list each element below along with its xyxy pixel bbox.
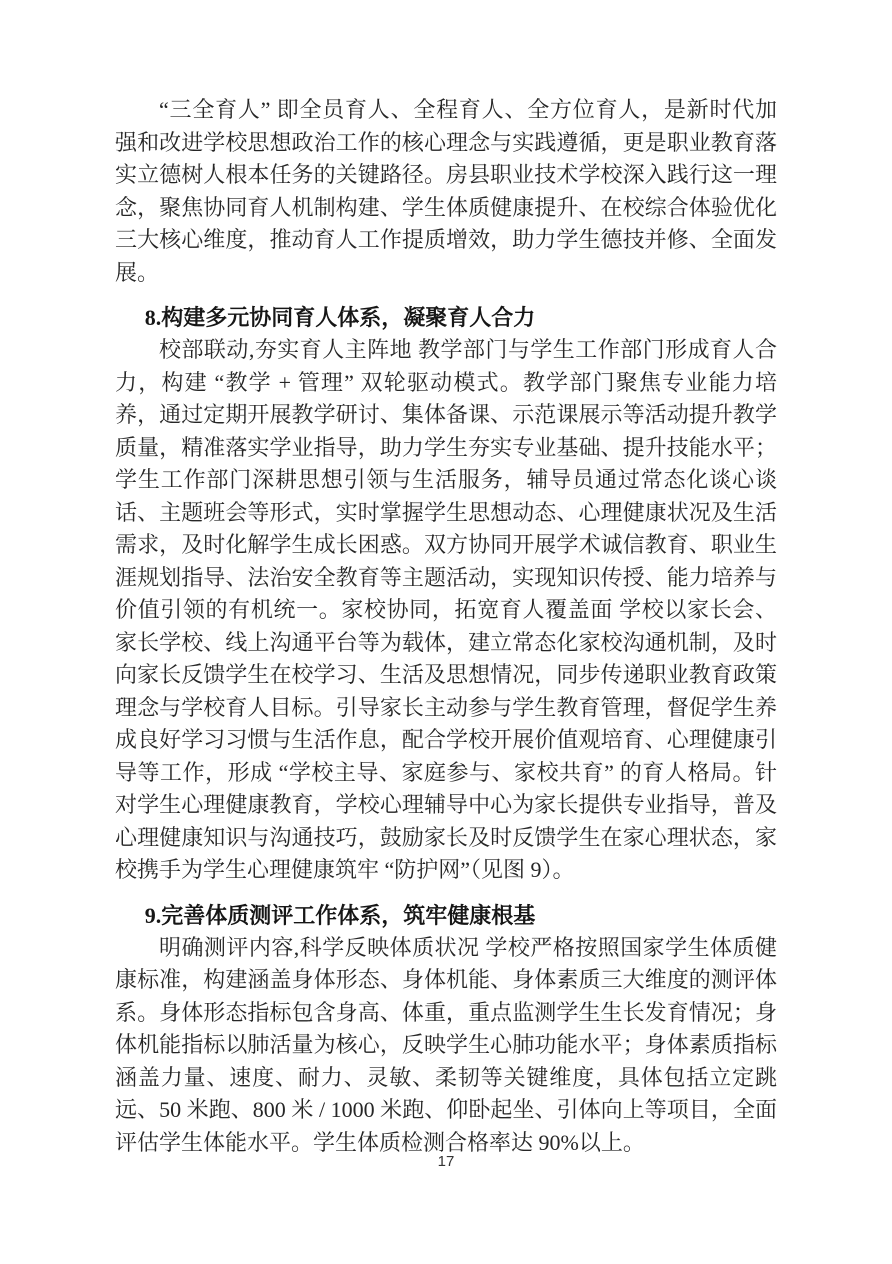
intro-paragraph: “三全育人” 即全员育人、全程育人、全方位育人，是新时代加强和改进学校思想政治工… <box>115 94 777 289</box>
section-8-heading: 8.构建多元协同育人体系，凝聚育人合力 <box>115 301 777 334</box>
document-content: “三全育人” 即全员育人、全程育人、全方位育人，是新时代加强和改进学校思想政治工… <box>115 94 777 1159</box>
page-number: 17 <box>0 1153 892 1170</box>
section-9-heading: 9.完善体质测评工作体系，筑牢健康根基 <box>115 899 777 932</box>
section-8-paragraph: 校部联动,夯实育人主阵地 教学部门与学生工作部门形成育人合力，构建 “教学 + … <box>115 334 777 887</box>
document-page: “三全育人” 即全员育人、全程育人、全方位育人，是新时代加强和改进学校思想政治工… <box>0 0 892 1264</box>
section-9-paragraph: 明确测评内容,科学反映体质状况 学校严格按照国家学生体质健康标准，构建涵盖身体形… <box>115 932 777 1160</box>
